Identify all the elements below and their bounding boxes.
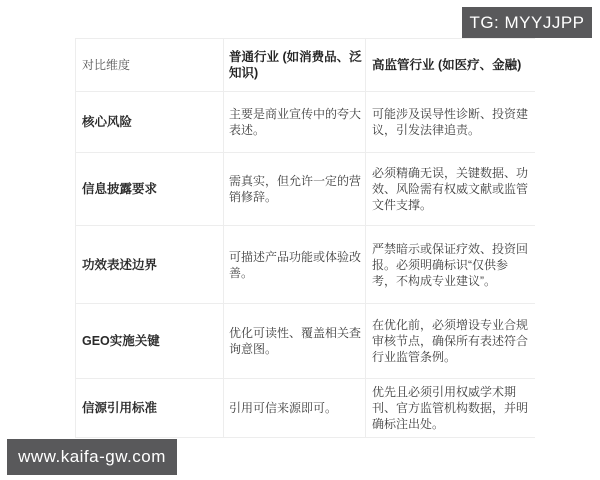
- column-header-dimension: 对比维度: [75, 39, 223, 91]
- cell-core-risk-regulated: 可能涉及误导性诊断、投资建议，引发法律追责。: [365, 92, 535, 152]
- telegram-badge: TG: MYYJJPP: [462, 7, 592, 38]
- table-row: 功效表述边界 可描述产品功能或体验改善。 严禁暗示或保证疗效、投资回报。必须明确…: [75, 226, 535, 304]
- cell-disclosure-general: 需真实，但允许一定的营销修辞。: [223, 153, 365, 225]
- cell-geo-general: 优化可读性、覆盖相关查询意图。: [223, 304, 365, 378]
- table-row: 信源引用标准 引用可信来源即可。 优先且必须引用权威学术期刊、官方监管机构数据，…: [75, 379, 535, 438]
- cell-disclosure-regulated: 必须精确无误，关键数据、功效、风险需有权威文献或监管文件支撑。: [365, 153, 535, 225]
- website-watermark: www.kaifa-gw.com: [7, 439, 177, 475]
- cell-citation-general: 引用可信来源即可。: [223, 379, 365, 437]
- row-label-source-citation: 信源引用标准: [75, 379, 223, 437]
- table-row: GEO实施关键 优化可读性、覆盖相关查询意图。 在优化前，必须增设专业合规审核节…: [75, 304, 535, 379]
- table-row: 核心风险 主要是商业宣传中的夸大表述。 可能涉及误导性诊断、投资建议，引发法律追…: [75, 92, 535, 153]
- row-label-core-risk: 核心风险: [75, 92, 223, 152]
- row-label-disclosure: 信息披露要求: [75, 153, 223, 225]
- cell-core-risk-general: 主要是商业宣传中的夸大表述。: [223, 92, 365, 152]
- row-label-geo-implementation: GEO实施关键: [75, 304, 223, 378]
- column-header-regulated-industry: 高监管行业 (如医疗、金融): [365, 39, 535, 91]
- column-header-general-industry: 普通行业 (如消费品、泛知识): [223, 39, 365, 91]
- page: TG: MYYJJPP 对比维度 普通行业 (如消费品、泛知识) 高监管行业 (…: [0, 0, 600, 480]
- cell-geo-regulated: 在优化前，必须增设专业合规审核节点，确保所有表述符合行业监管条例。: [365, 304, 535, 378]
- table-row: 信息披露要求 需真实，但允许一定的营销修辞。 必须精确无误，关键数据、功效、风险…: [75, 153, 535, 226]
- cell-citation-regulated: 优先且必须引用权威学术期刊、官方监管机构数据，并明确标注出处。: [365, 379, 535, 437]
- row-label-efficacy-boundary: 功效表述边界: [75, 226, 223, 303]
- comparison-table: 对比维度 普通行业 (如消费品、泛知识) 高监管行业 (如医疗、金融) 核心风险…: [75, 38, 535, 438]
- cell-efficacy-regulated: 严禁暗示或保证疗效、投资回报。必须明确标识“仅供参考，不构成专业建议”。: [365, 226, 535, 303]
- table-header-row: 对比维度 普通行业 (如消费品、泛知识) 高监管行业 (如医疗、金融): [75, 39, 535, 92]
- cell-efficacy-general: 可描述产品功能或体验改善。: [223, 226, 365, 303]
